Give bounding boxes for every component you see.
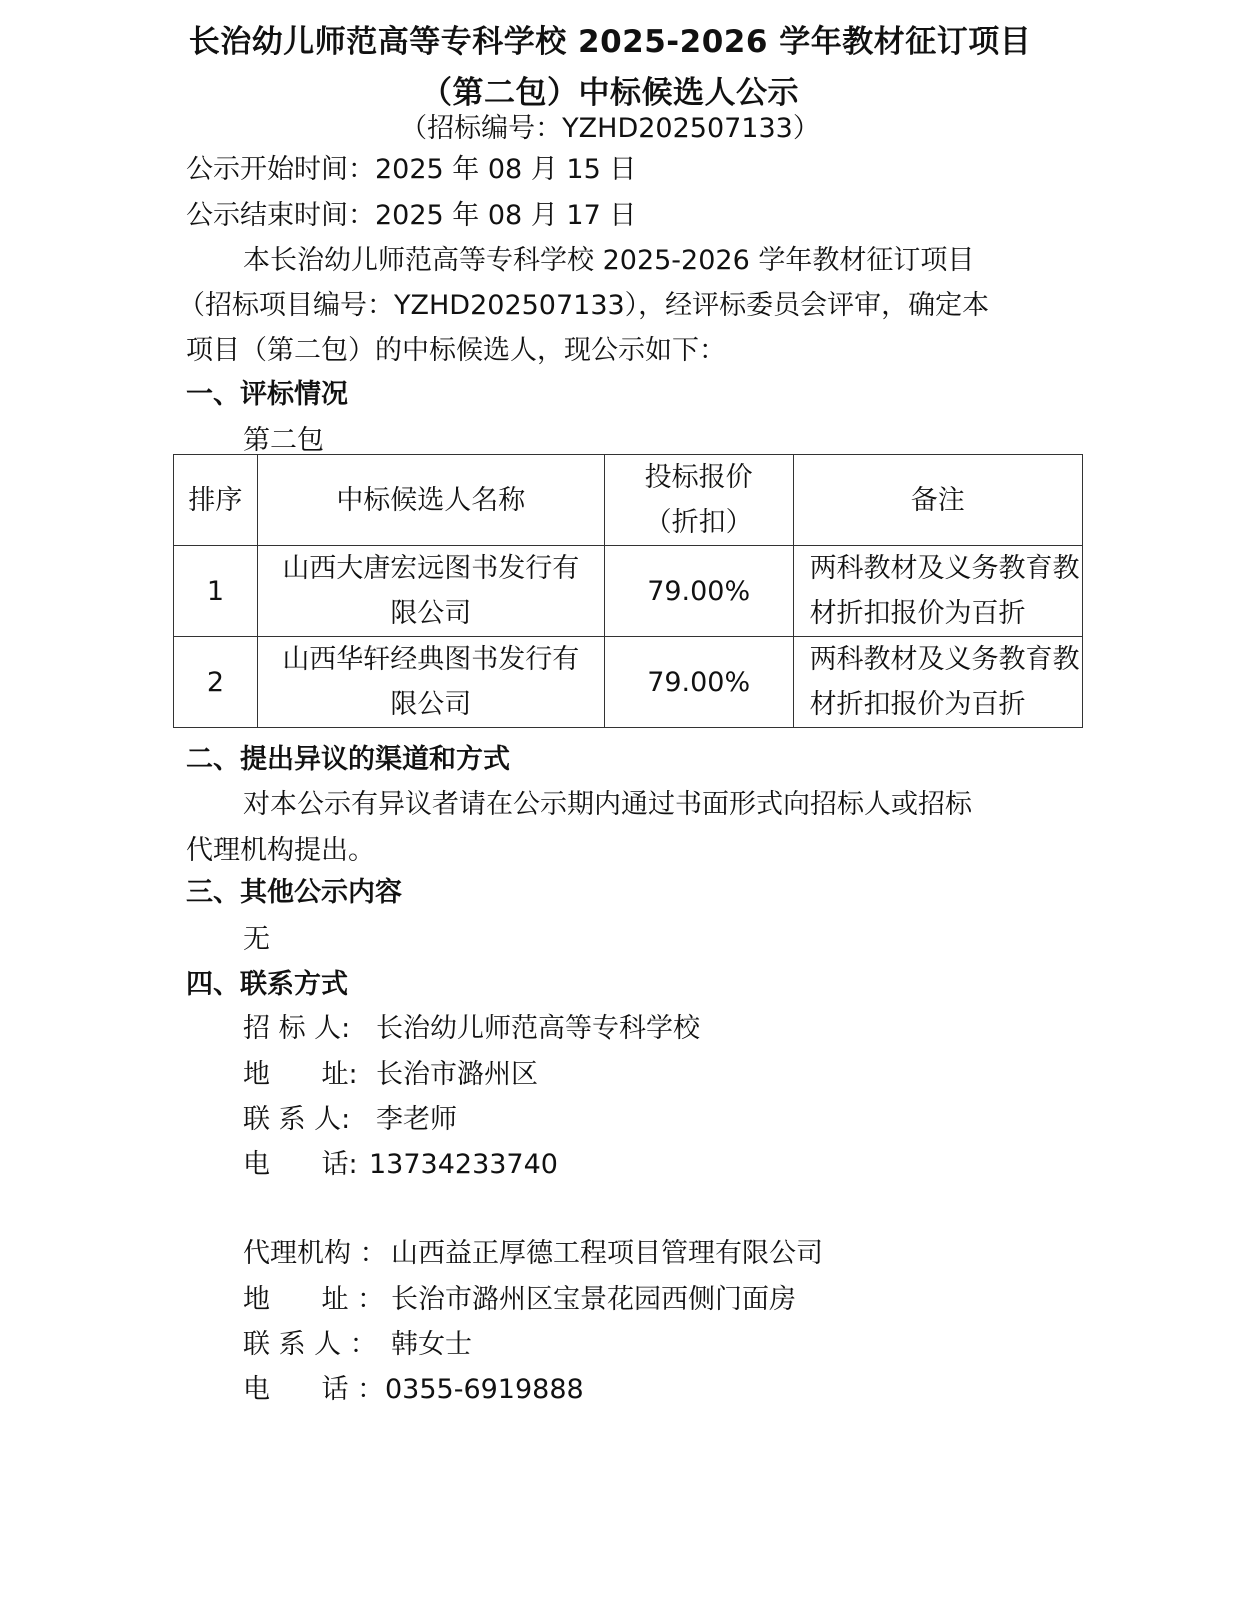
contact-label: 招 标 人:: [243, 1006, 376, 1045]
header-bid-price: 投标报价 （折扣）: [604, 455, 793, 546]
contact-value: 山西益正厚德工程项目管理有限公司: [391, 1238, 823, 1269]
header-candidate-name: 中标候选人名称: [257, 455, 604, 546]
section3-heading: 三、其他公示内容: [186, 870, 402, 909]
contact-value: 长治市潞州区: [376, 1059, 538, 1090]
contact-label: 地 址:: [243, 1052, 376, 1091]
contact-label: 代理机构 ：: [243, 1231, 391, 1270]
section3-text: 无: [243, 917, 270, 956]
contact-label: 联 系 人 ：: [243, 1322, 391, 1361]
package-label: 第二包: [243, 418, 324, 457]
section2-text-line2: 代理机构提出。: [186, 828, 375, 867]
tenderer-name-row: 招 标 人:长治幼儿师范高等专科学校: [243, 1006, 700, 1045]
header-bid-price-line2: （折扣）: [605, 500, 793, 545]
publicity-end-time: 公示结束时间：2025 年 08 月 17 日: [186, 193, 636, 232]
agency-address-row: 地 址 ：长治市潞州区宝景花园西侧门面房: [243, 1277, 796, 1316]
contact-value: 李老师: [376, 1104, 457, 1135]
tenderer-contact-person-row: 联 系 人:李老师: [243, 1097, 457, 1136]
contact-value: 韩女士: [391, 1329, 472, 1360]
section2-text-line1: 对本公示有异议者请在公示期内通过书面形式向招标人或招标: [243, 782, 972, 821]
contact-value: 长治市潞州区宝景花园西侧门面房: [391, 1284, 796, 1315]
intro-line-2: （招标项目编号：YZHD202507133），经评标委员会评审，确定本: [178, 283, 989, 322]
contact-label: 联 系 人:: [243, 1097, 376, 1136]
contact-value: 13734233740: [369, 1149, 558, 1180]
header-bid-price-line1: 投标报价: [605, 455, 793, 500]
cell-rank: 2: [174, 637, 258, 728]
candidate-name-text: 山西大唐宏远图书发行有限公司: [271, 546, 591, 636]
contact-value: 0355-6919888: [385, 1374, 584, 1405]
header-remark: 备注: [793, 455, 1082, 546]
cell-rank: 1: [174, 546, 258, 637]
table-row: 2 山西华轩经典图书发行有限公司 79.00% 两科教材及义务教育教材折扣报价为…: [174, 637, 1083, 728]
intro-line-3: 项目（第二包）的中标候选人，现公示如下：: [186, 328, 726, 367]
cell-remark: 两科教材及义务教育教材折扣报价为百折: [793, 637, 1082, 728]
contact-label: 电 话:: [243, 1142, 369, 1181]
tenderer-address-row: 地 址:长治市潞州区: [243, 1052, 538, 1091]
candidates-table: 排序 中标候选人名称 投标报价 （折扣） 备注 1 山西大唐宏远图书发行有限公司…: [173, 454, 1083, 728]
cell-candidate-name: 山西大唐宏远图书发行有限公司: [257, 546, 604, 637]
document-page: 长治幼儿师范高等专科学校 2025-2026 学年教材征订项目 （第二包）中标候…: [0, 0, 1260, 1624]
cell-bid-price: 79.00%: [604, 637, 793, 728]
publicity-start-time: 公示开始时间：2025 年 08 月 15 日: [186, 147, 636, 186]
cell-bid-price: 79.00%: [604, 546, 793, 637]
table-header-row: 排序 中标候选人名称 投标报价 （折扣） 备注: [174, 455, 1083, 546]
contact-label: 地 址 ：: [243, 1277, 391, 1316]
section2-heading: 二、提出异议的渠道和方式: [186, 737, 510, 776]
agency-contact-person-row: 联 系 人 ：韩女士: [243, 1322, 472, 1361]
section4-heading: 四、联系方式: [186, 962, 348, 1001]
document-title-line1: 长治幼儿师范高等专科学校 2025-2026 学年教材征订项目: [0, 16, 1220, 61]
section1-heading: 一、评标情况: [186, 372, 348, 411]
contact-label: 电 话 ：: [243, 1367, 385, 1406]
cell-candidate-name: 山西华轩经典图书发行有限公司: [257, 637, 604, 728]
intro-line-1: 本长治幼儿师范高等专科学校 2025-2026 学年教材征订项目: [243, 238, 974, 277]
agency-phone-row: 电 话 ：0355-6919888: [243, 1367, 584, 1406]
agency-name-row: 代理机构 ：山西益正厚德工程项目管理有限公司: [243, 1231, 823, 1270]
candidate-name-text: 山西华轩经典图书发行有限公司: [271, 637, 591, 727]
cell-remark: 两科教材及义务教育教材折扣报价为百折: [793, 546, 1082, 637]
table-row: 1 山西大唐宏远图书发行有限公司 79.00% 两科教材及义务教育教材折扣报价为…: [174, 546, 1083, 637]
bid-number: （招标编号：YZHD202507133）: [0, 106, 1220, 145]
contact-value: 长治幼儿师范高等专科学校: [376, 1013, 700, 1044]
header-rank: 排序: [174, 455, 258, 546]
tenderer-phone-row: 电 话:13734233740: [243, 1142, 558, 1181]
